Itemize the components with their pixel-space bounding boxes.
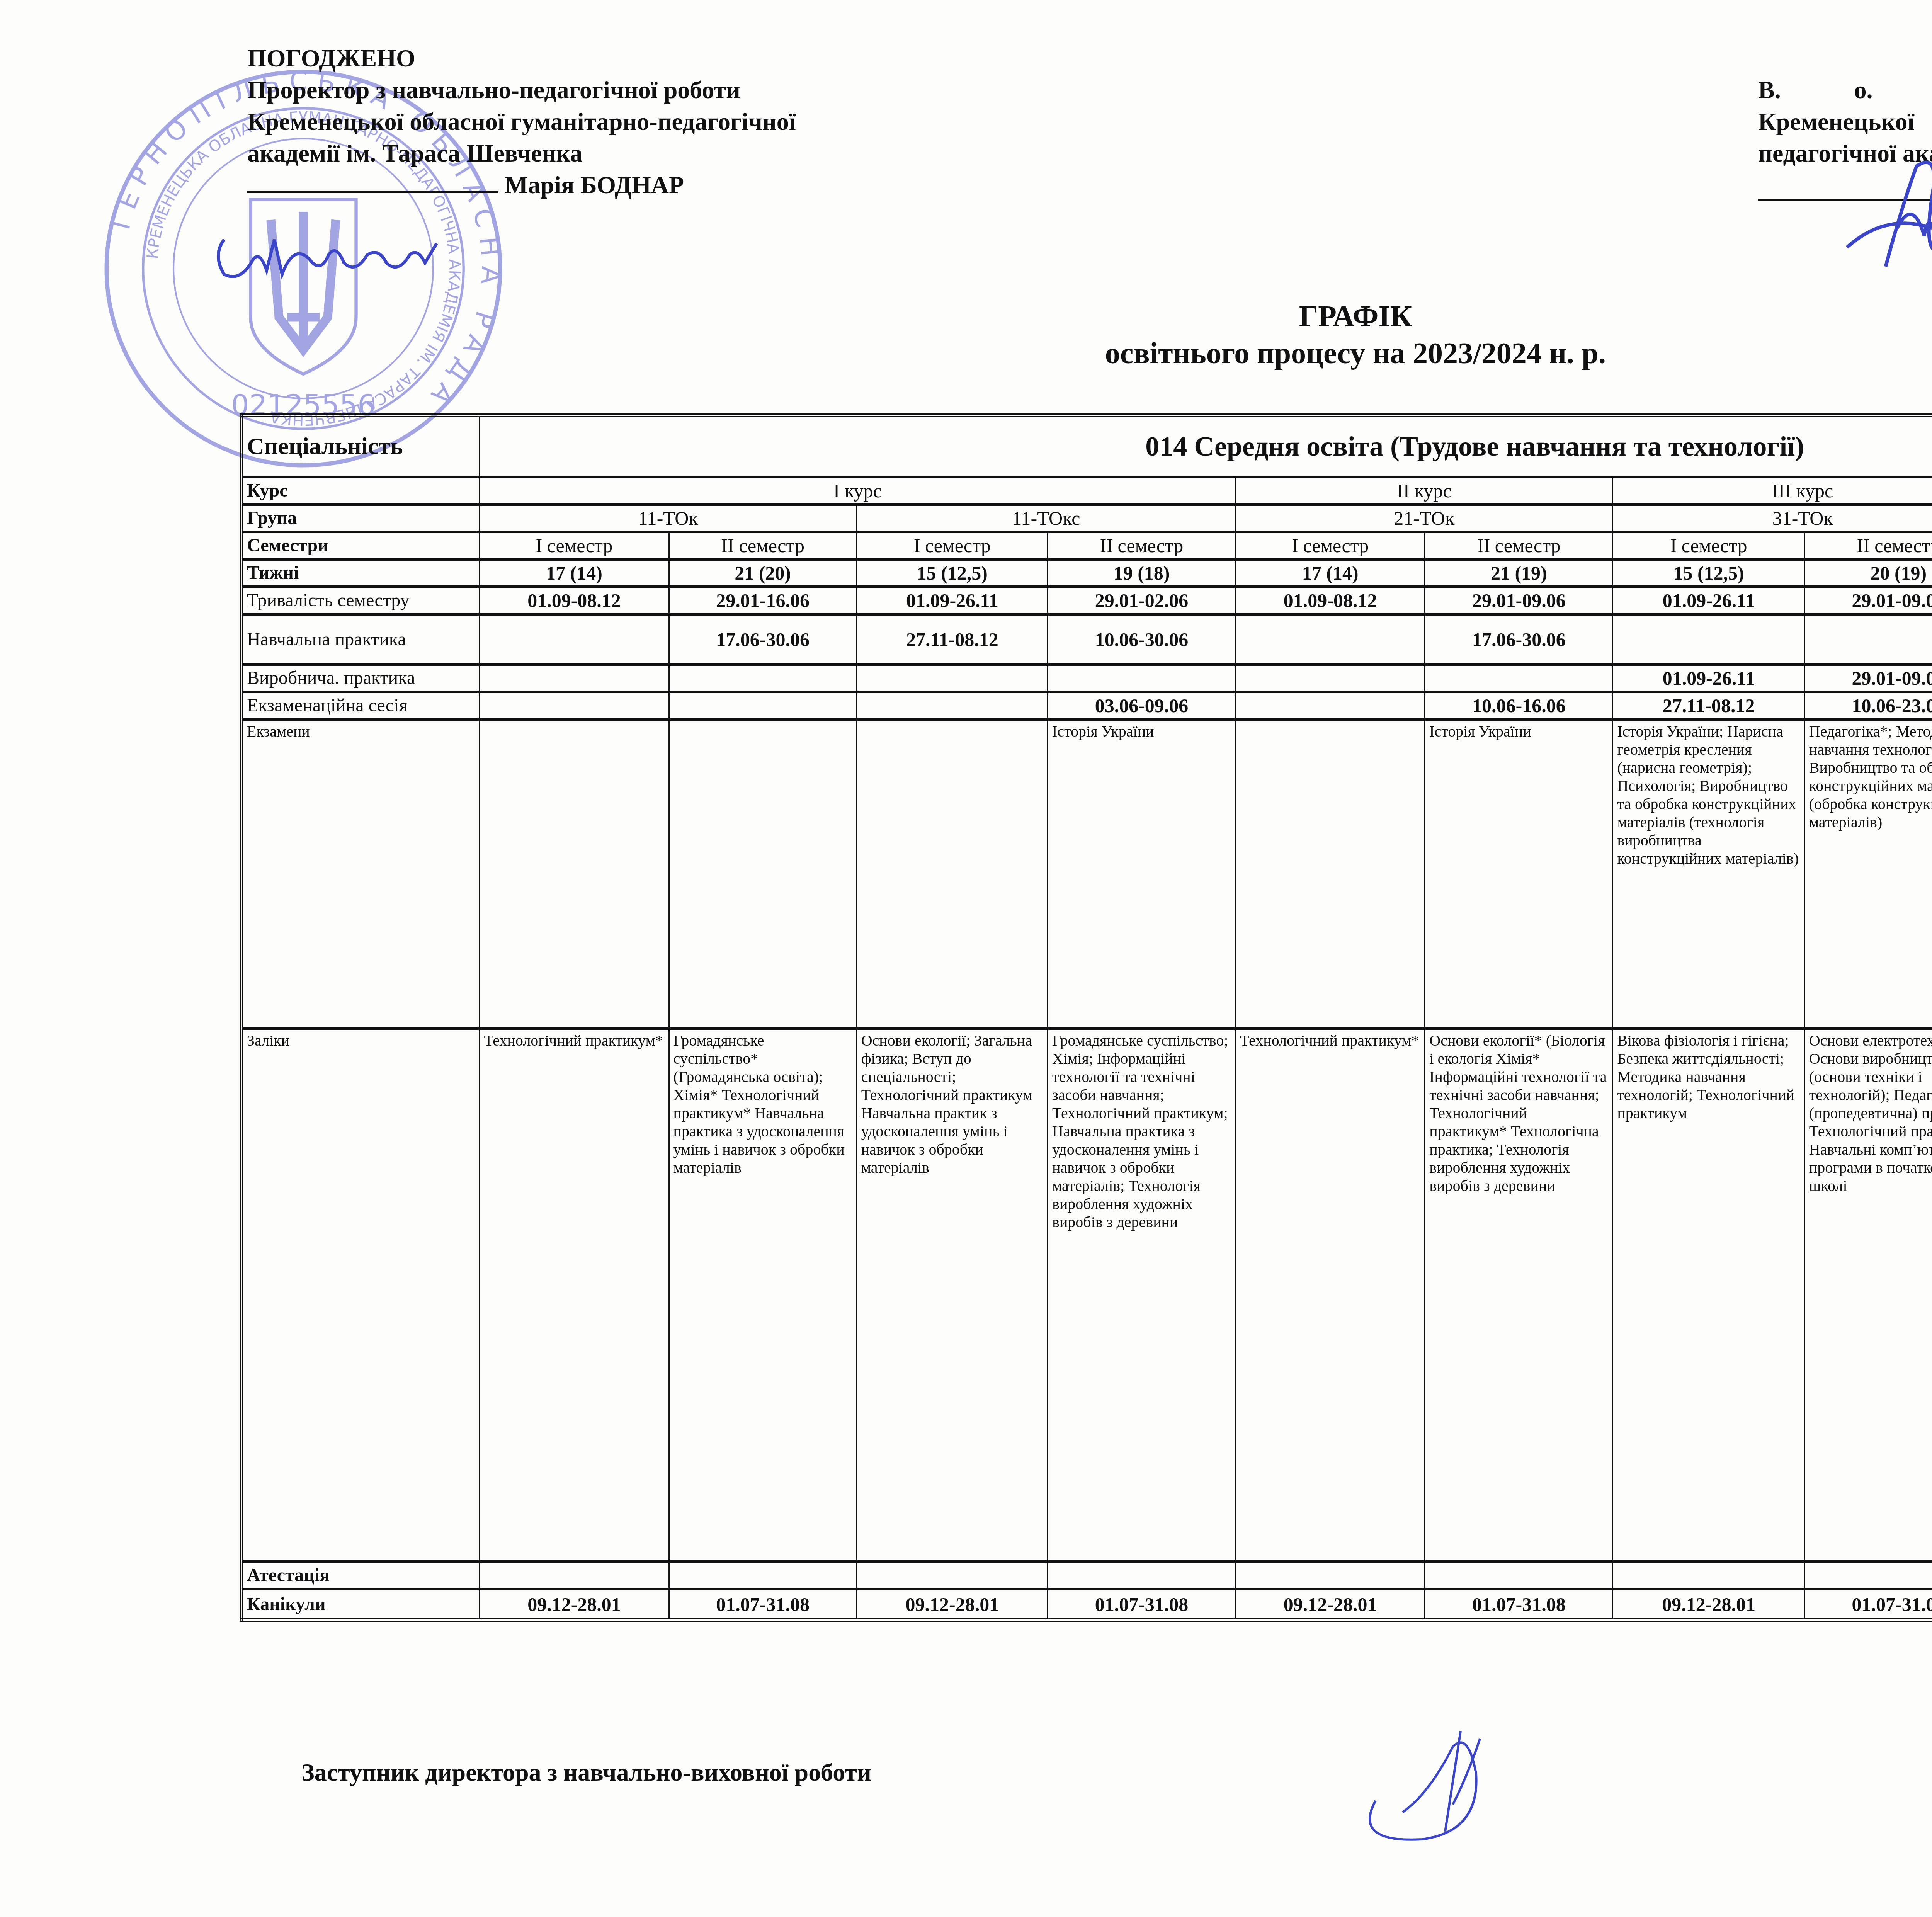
semester-header: I семестр	[480, 532, 669, 560]
row-cell	[1236, 692, 1425, 720]
row-cell	[669, 665, 857, 692]
credit-cell: Вікова фізіологія і гігієна; Безпека жит…	[1613, 1029, 1804, 1562]
attestation-cell	[1804, 1562, 1932, 1589]
specialty-value: 014 Середня освіта (Трудове навчання та …	[480, 415, 1932, 477]
semester-header: II семестр	[669, 532, 857, 560]
attestation-row: Атестація 17.06-30.06	[241, 1562, 1932, 1589]
row-cell: 15 (12,5)	[857, 560, 1048, 587]
vacation-cell: 09.12-28.01	[1613, 1589, 1804, 1620]
semester-header: II семестр	[1425, 532, 1613, 560]
row-cell: 20 (19)	[1804, 560, 1932, 587]
exam-cell	[669, 720, 857, 1029]
vacation-cell: 09.12-28.01	[1236, 1589, 1425, 1620]
agreed-name: Марія БОДНАР	[505, 171, 684, 199]
signature-bodnar-icon	[209, 216, 448, 294]
row-cell: 01.09-08.12	[480, 587, 669, 614]
attestation-cell	[1236, 1562, 1425, 1589]
group-11-toks: 11-ТОкс	[857, 505, 1235, 532]
schedule-row: Тижні17 (14)21 (20)15 (12,5)19 (18)17 (1…	[241, 560, 1932, 587]
credit-cell: Основи екології; Загальна фізика; Вступ …	[857, 1029, 1048, 1562]
vacation-cell: 01.07-31.08	[1048, 1589, 1236, 1620]
exam-cell: Історія України; Нарисна геометрія кресл…	[1613, 720, 1804, 1029]
semester-header: I семестр	[857, 532, 1048, 560]
row-cell: 15 (12,5)	[1613, 560, 1804, 587]
row-label: Тривалість семестру	[241, 587, 480, 614]
row-cell: 01.09-26.11	[1613, 587, 1804, 614]
row-cell: 10.06-23.06	[1804, 692, 1932, 720]
row-cell: 19 (18)	[1048, 560, 1236, 587]
row-cell: 17 (14)	[1236, 560, 1425, 587]
exams-row: Екзамени Історія УкраїниІсторія УкраїниІ…	[241, 720, 1932, 1029]
exam-cell: Історія України	[1425, 720, 1613, 1029]
course-2: II курс	[1236, 477, 1613, 505]
vacation-cell: 01.07-31.08	[1425, 1589, 1613, 1620]
row-cell: 17.06-30.06	[1425, 614, 1613, 665]
specialty-label: Спеціальність	[241, 415, 480, 477]
row-cell	[480, 692, 669, 720]
row-cell: 17 (14)	[480, 560, 669, 587]
signature-yalovskyi-icon	[1352, 1716, 1623, 1855]
group-label: Група	[241, 505, 480, 532]
attestation-cell	[1425, 1562, 1613, 1589]
semester-header: II семестр	[1804, 532, 1932, 560]
row-cell: 29.01-09.06	[1804, 665, 1932, 692]
row-cell: 10.06-30.06	[1048, 614, 1236, 665]
group-11-tok: 11-ТОк	[480, 505, 857, 532]
attestation-cell	[480, 1562, 669, 1589]
agreed-position-line-2: Кременецької обласної гуманітарно-педаго…	[247, 106, 981, 138]
schedule-row: Навчальна практика17.06-30.0627.11-08.12…	[241, 614, 1932, 665]
group-31-tok: 31-ТОк	[1613, 505, 1932, 532]
row-cell: 29.01-09.06	[1804, 587, 1932, 614]
specialty-row: Спеціальність 014 Середня освіта (Трудов…	[241, 415, 1932, 477]
approve-position-line-1: В. о. директора Фахового коледжу	[1758, 74, 1932, 106]
row-cell	[669, 692, 857, 720]
schedule-row: Виробнича. практика01.09-26.1129.01-09.0…	[241, 665, 1932, 692]
credits-label: Заліки	[241, 1029, 480, 1562]
exam-cell	[480, 720, 669, 1029]
semesters-label: Семестри	[241, 532, 480, 560]
row-cell	[1613, 614, 1804, 665]
row-cell: 29.01-16.06	[669, 587, 857, 614]
vacation-cell: 01.07-31.08	[669, 1589, 857, 1620]
footer-position: Заступник директора з навчально-виховної…	[301, 1758, 871, 1787]
title-line-2: освітнього процесу на 2023/2024 н. р.	[0, 335, 1932, 372]
row-cell: 27.11-08.12	[857, 614, 1048, 665]
row-cell	[1236, 614, 1425, 665]
credit-cell: Основи екології* (Біологія і екологія Хі…	[1425, 1029, 1613, 1562]
vacation-cell: 09.12-28.01	[857, 1589, 1048, 1620]
credits-row: Заліки Технологічний практикум*Громадянс…	[241, 1029, 1932, 1562]
row-cell: 21 (19)	[1425, 560, 1613, 587]
row-cell: 29.01-09.06	[1425, 587, 1613, 614]
row-cell: 01.09-26.11	[857, 587, 1048, 614]
vacation-cell: 09.12-28.01	[480, 1589, 669, 1620]
semesters-row: Семестри I семестр II семестр I семестр …	[241, 532, 1932, 560]
group-21-tok: 21-ТОк	[1236, 505, 1613, 532]
row-cell	[857, 665, 1048, 692]
row-label: Екзаменаційна сесія	[241, 692, 480, 720]
attestation-cell	[669, 1562, 857, 1589]
credit-cell: Основи електротехніки; Основи виробництв…	[1804, 1029, 1932, 1562]
course-row: Курс I курс II курс III курс IV курс	[241, 477, 1932, 505]
group-row: Група 11-ТОк 11-ТОкс 21-ТОк 31-ТОк 41-ТО…	[241, 505, 1932, 532]
row-cell: 01.09-26.11	[1613, 665, 1804, 692]
agreed-position-line-3: академії ім. Тараса Шевченка	[247, 138, 981, 169]
course-3: III курс	[1613, 477, 1932, 505]
attestation-cell	[1048, 1562, 1236, 1589]
attestation-label: Атестація	[241, 1562, 480, 1589]
row-label: Виробнича. практика	[241, 665, 480, 692]
row-cell: 17.06-30.06	[669, 614, 857, 665]
schedule-rows: Тижні17 (14)21 (20)15 (12,5)19 (18)17 (1…	[241, 560, 1932, 720]
row-cell: 21 (20)	[669, 560, 857, 587]
schedule-row: Екзаменаційна сесія03.06-09.0610.06-16.0…	[241, 692, 1932, 720]
credit-cell: Громадянське суспільство* (Громадянська …	[669, 1029, 857, 1562]
approve-heading: ЗАТВЕРДЖУЮ	[1758, 43, 1932, 74]
vacation-label: Канікули	[241, 1589, 480, 1620]
semester-header: I семестр	[1236, 532, 1425, 560]
schedule-table: Спеціальність 014 Середня освіта (Трудов…	[240, 413, 1932, 1622]
credit-cell: Технологічний практикум*	[1236, 1029, 1425, 1562]
credit-cell: Технологічний практикум*	[480, 1029, 669, 1562]
title-line-1: ГРАФІК	[0, 298, 1932, 335]
row-cell: 27.11-08.12	[1613, 692, 1804, 720]
agreed-position-line-1: Проректор з навчально-педагогічної робот…	[247, 74, 981, 106]
schedule-row: Тривалість семестру01.09-08.1229.01-16.0…	[241, 587, 1932, 614]
semester-header: II семестр	[1048, 532, 1236, 560]
row-cell	[480, 665, 669, 692]
exam-cell: Педагогіка*; Методика навчання технологі…	[1804, 720, 1932, 1029]
row-cell: 01.09-08.12	[1236, 587, 1425, 614]
vacation-row: Канікули 09.12-28.0101.07-31.0809.12-28.…	[241, 1589, 1932, 1620]
row-cell: 03.06-09.06	[1048, 692, 1236, 720]
signature-underline	[247, 191, 498, 193]
exams-label: Екзамени	[241, 720, 480, 1029]
exam-cell	[857, 720, 1048, 1029]
agreed-signature-line: Марія БОДНАР	[247, 169, 981, 201]
row-cell	[480, 614, 669, 665]
attestation-cell	[857, 1562, 1048, 1589]
signature-dubrovskyi-icon	[1839, 151, 1932, 274]
attestation-cell	[1613, 1562, 1804, 1589]
vacation-cell: 01.07-31.08	[1804, 1589, 1932, 1620]
agreed-block: ПОГОДЖЕНО Проректор з навчально-педагогі…	[247, 43, 981, 201]
document-title: ГРАФІК освітнього процесу на 2023/2024 н…	[0, 298, 1932, 372]
row-cell: 10.06-16.06	[1425, 692, 1613, 720]
row-cell: 29.01-02.06	[1048, 587, 1236, 614]
exam-cell: Історія України	[1048, 720, 1236, 1029]
row-cell	[1236, 665, 1425, 692]
agreed-heading: ПОГОДЖЕНО	[247, 43, 981, 74]
row-cell	[1048, 665, 1236, 692]
credit-cell: Громадянське суспільство; Хімія; Інформа…	[1048, 1029, 1236, 1562]
course-1: I курс	[480, 477, 1236, 505]
row-label: Тижні	[241, 560, 480, 587]
semester-header: I семестр	[1613, 532, 1804, 560]
row-cell	[1804, 614, 1932, 665]
course-label: Курс	[241, 477, 480, 505]
row-cell	[1425, 665, 1613, 692]
row-label: Навчальна практика	[241, 614, 480, 665]
exam-cell	[1236, 720, 1425, 1029]
approve-position-line-2: Кременецької обласної гуманітарно-	[1758, 106, 1932, 138]
row-cell	[857, 692, 1048, 720]
